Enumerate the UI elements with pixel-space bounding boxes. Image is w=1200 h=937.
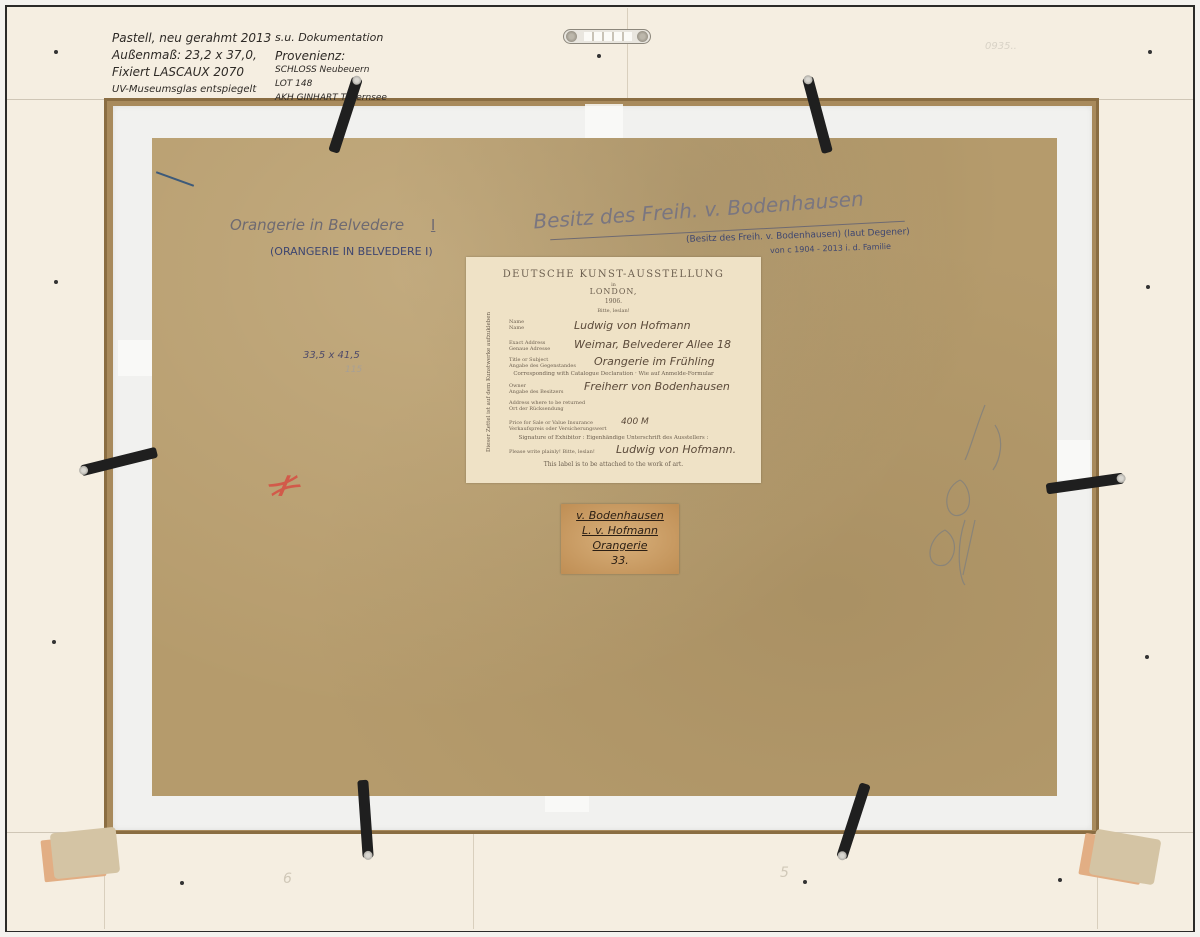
sticker-line: 33. — [561, 553, 679, 568]
note-line: Außenmaß: 23,2 x 37,0, — [112, 47, 271, 64]
nail-hole — [1058, 878, 1062, 882]
frame-rail-right — [1098, 100, 1193, 832]
sticker-line: v. Bodenhausen — [561, 508, 679, 523]
label-footer: This label is to be attached to the work… — [466, 461, 761, 468]
field-label-de: Genaue Adresse — [509, 346, 550, 352]
title-transcription: (ORANGERIE IN BELVEDERE I) — [270, 246, 433, 257]
label-city: LONDON, — [466, 287, 761, 296]
label-year: 1906. — [466, 298, 761, 305]
note-line: SCHLOSS Neubeuern — [275, 63, 387, 77]
label-field-return: Address where to be returned Ort der Rüc… — [509, 400, 585, 412]
frame-faint-pencil: 0935.. — [985, 42, 1017, 52]
nail-hole — [803, 880, 807, 884]
nail-hole — [54, 50, 58, 54]
sawtooth-hanger — [563, 29, 651, 44]
label-title: DEUTSCHE KUNST-AUSSTELLUNG — [466, 269, 761, 280]
provenance-sticker: v. Bodenhausen L. v. Hofmann Orangerie 3… — [561, 504, 679, 574]
frame-number: 5 — [780, 866, 789, 880]
exhibition-label: DEUTSCHE KUNST-AUSSTELLUNG in LONDON, 19… — [466, 257, 761, 483]
frame-number: 6 — [283, 872, 292, 886]
frame-note-left: Pastell, neu gerahmt 2013 Außenmaß: 23,2… — [112, 30, 271, 98]
nail-hole — [1148, 50, 1152, 54]
frame-rail-bottom — [7, 832, 1193, 931]
dimensions-faint: 115 — [345, 366, 362, 375]
field-value-address: Weimar, Belvederer Allee 18 — [574, 338, 731, 351]
nail-hole — [180, 881, 184, 885]
note-line: s.u. Dokumentation — [275, 31, 387, 45]
label-side-text: Dieser Zettel ist auf dem Kunstwerke auf… — [486, 312, 492, 452]
label-field-name: Name Name — [509, 319, 524, 331]
screw-icon — [637, 31, 648, 42]
note-line: Pastell, neu gerahmt 2013 — [112, 30, 271, 47]
frame-seam — [627, 8, 628, 98]
frame-seam — [473, 833, 474, 929]
nail-hole — [52, 640, 56, 644]
label-field-price: Price for Sale or Value Insurance Verkau… — [509, 420, 606, 432]
note-line: Provenienz: — [275, 49, 387, 63]
field-value-signature: Ludwig von Hofmann. — [616, 443, 736, 456]
field-label-de: Angabe des Besitzers — [509, 389, 563, 395]
field-value-title: Orangerie im Frühling — [594, 355, 715, 368]
nail-hole — [54, 280, 58, 284]
tape-piece — [118, 340, 154, 376]
frame-note-right: s.u. Dokumentation Provenienz: SCHLOSS N… — [275, 31, 387, 105]
felt-bumper — [50, 827, 120, 880]
pencil-sketch — [915, 400, 1025, 590]
screw-icon — [566, 31, 577, 42]
sticker-line: Orangerie — [561, 538, 679, 553]
note-line: Fixiert LASCAUX 2070 — [112, 64, 271, 81]
nail-hole — [1145, 655, 1149, 659]
label-field-owner: Owner Angabe des Besitzers — [509, 383, 563, 395]
hanger-teeth — [584, 32, 632, 41]
nail-hole — [1146, 285, 1150, 289]
label-catalogue-line: Corresponding with Catalogue Declaration… — [466, 371, 761, 377]
note-line: AKH GINHART Tegernsee — [275, 91, 387, 105]
field-label-de: Ort der Rücksendung — [509, 406, 585, 412]
label-signature-prompt: Please write plainly! Bitte, leslan! — [509, 449, 595, 455]
nail-hole — [597, 54, 601, 58]
sticker-line: L. v. Hofmann — [561, 523, 679, 538]
note-line: UV-Museumsglas entspiegelt — [112, 81, 271, 98]
dimensions: 33,5 x 41,5 — [303, 351, 360, 361]
label-instruction: Bitte, leslan! — [466, 308, 761, 314]
label-field-title: Title or Subject Angabe des Gegenstandes — [509, 357, 576, 369]
pencil-title-text: Orangerie in Belvedere — [230, 216, 404, 234]
note-line: LOT 148 — [275, 77, 387, 91]
label-field-address: Exact Address Genaue Adresse — [509, 340, 550, 352]
field-value-name: Ludwig von Hofmann — [574, 319, 691, 332]
field-value-owner: Freiherr von Bodenhausen — [584, 380, 730, 393]
field-value-price: 400 M — [621, 417, 649, 427]
label-signature-line: Signature of Exhibitor : Eigenhändige Un… — [466, 435, 761, 441]
field-label-de: Angabe des Gegenstandes — [509, 363, 576, 369]
pencil-title: Orangerie in Belvedere I — [230, 218, 435, 233]
field-label-de: Verkaufspreis oder Versicherungswert — [509, 426, 606, 432]
pencil-title-numeral: I — [431, 216, 435, 234]
field-label-de: Name — [509, 325, 524, 331]
